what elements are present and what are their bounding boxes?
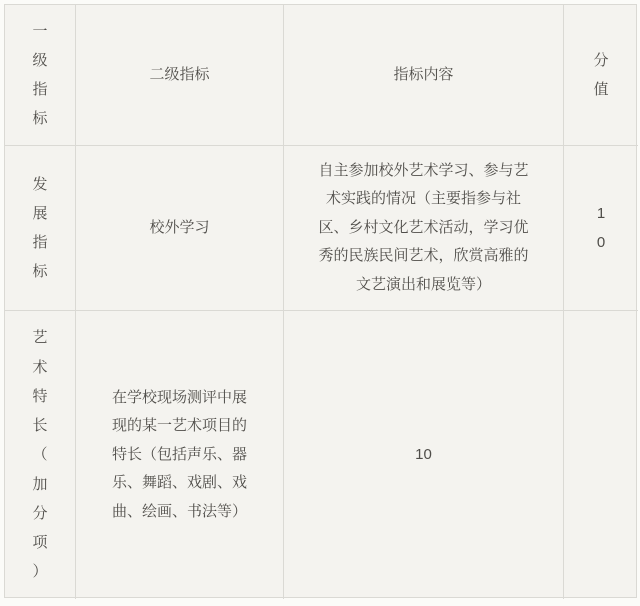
header-level2-label: 二级指标: [149, 61, 209, 90]
row2-cell-level2: 在学校现场测评中展 现的某一艺术项目的 特长（包括声乐、器 乐、舞蹈、戏剧、戏 …: [76, 311, 284, 599]
row2-cell-score: [564, 311, 638, 599]
row1-score-text: 1 0: [597, 199, 605, 258]
row1-cell-level2: 校外学习: [76, 146, 284, 311]
row1-cell-level1: 发 展 指 标: [5, 146, 76, 311]
header-cell-level2: 二级指标: [76, 5, 284, 146]
row1-level2-text: 校外学习: [149, 214, 209, 243]
header-cell-level1: 一 级 指 标: [5, 5, 76, 146]
row1-cell-score: 1 0: [564, 146, 638, 311]
row1-level1-text: 发 展 指 标: [32, 170, 47, 287]
row2-level1-text: 艺 术 特 长 （ 加 分 项 ）: [32, 323, 47, 586]
header-cell-score: 分 值: [564, 5, 638, 146]
header-level1-label: 一 级 指 标: [32, 17, 47, 134]
header-content-label: 指标内容: [393, 61, 453, 90]
evaluation-criteria-table: 一 级 指 标 二级指标 指标内容 分 值 发 展 指 标 校外学习 自主参加校…: [4, 4, 637, 598]
row2-content-text: 10: [415, 441, 432, 470]
header-score-label: 分 值: [593, 46, 608, 105]
row2-cell-content: 10: [284, 311, 564, 599]
header-cell-content: 指标内容: [284, 5, 564, 146]
row1-content-text: 自主参加校外艺术学习、参与艺 术实践的情况（主要指参与社 区、乡村文化艺术活动，…: [318, 157, 528, 300]
row1-cell-content: 自主参加校外艺术学习、参与艺 术实践的情况（主要指参与社 区、乡村文化艺术活动，…: [284, 146, 564, 311]
row2-cell-level1: 艺 术 特 长 （ 加 分 项 ）: [5, 311, 76, 599]
row2-level2-text: 在学校现场测评中展 现的某一艺术项目的 特长（包括声乐、器 乐、舞蹈、戏剧、戏 …: [112, 384, 247, 527]
